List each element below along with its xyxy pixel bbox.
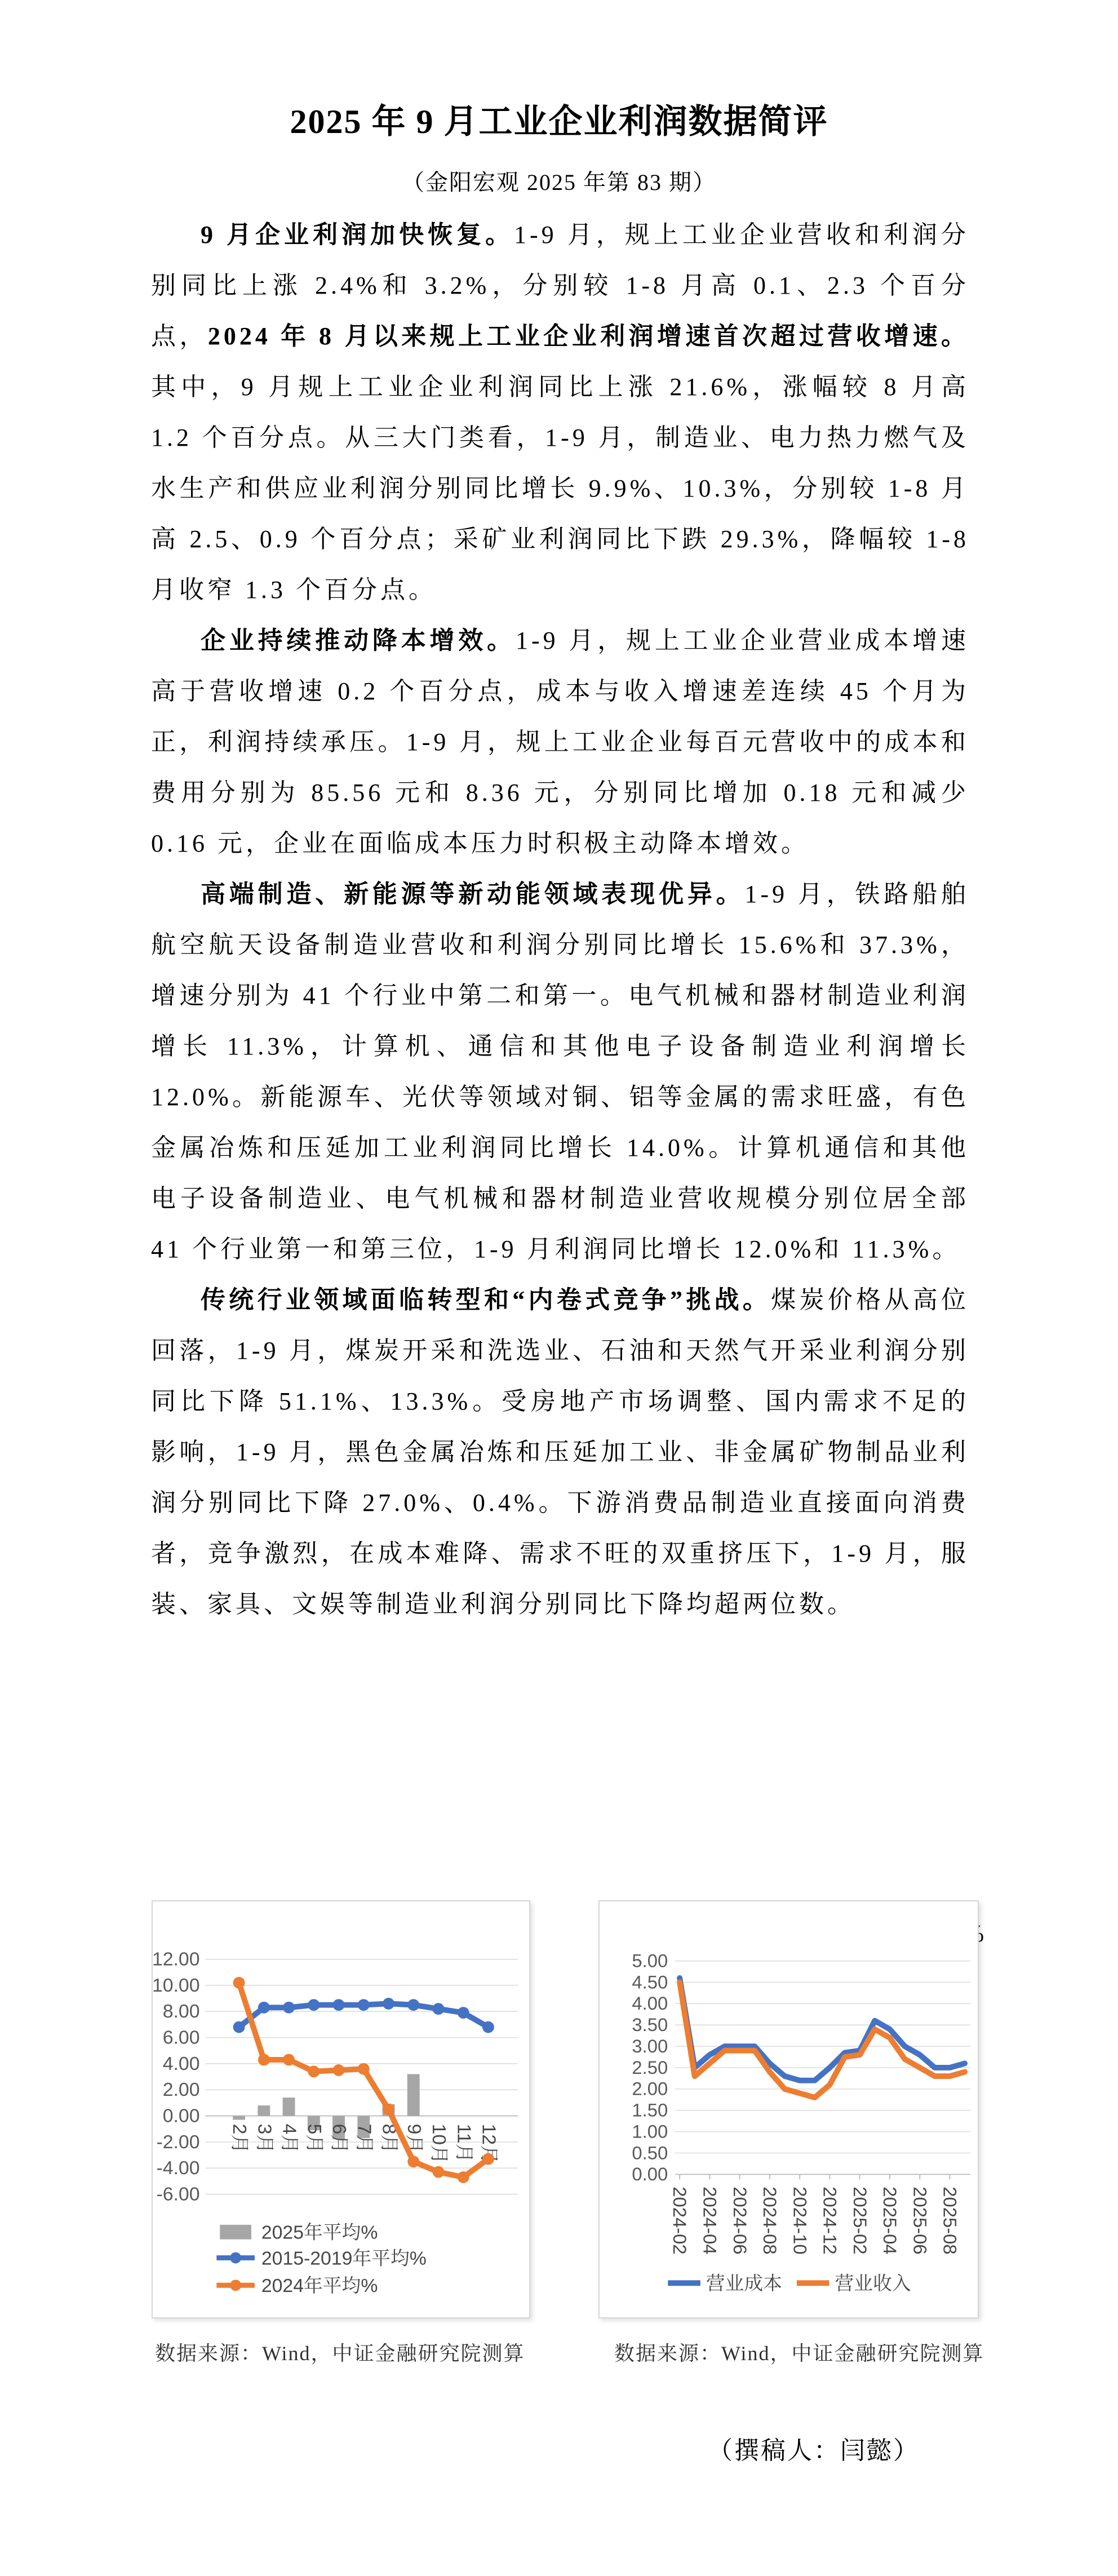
x-axis-tick-label: 2025-08: [940, 2187, 961, 2254]
data-point-marker: [258, 2002, 270, 2014]
legend-label: 2025年平均%: [261, 2222, 378, 2244]
x-axis-tick-label: 10月: [428, 2123, 450, 2163]
y-axis-tick-label: 4.00: [163, 2053, 200, 2074]
y-axis-tick-label: 5.00: [632, 1950, 668, 1971]
data-point-marker: [458, 2171, 469, 2183]
y-axis-tick-label: 12.00: [153, 1949, 200, 1970]
x-axis-tick-label: 2024-12: [820, 2187, 841, 2254]
body-paragraph: 传统行业领域面临转型和“内卷式竞争”挑战。煤炭价格从高位回落，1-9 月，煤炭开…: [151, 1275, 969, 1630]
text-segment: 企业持续推动降本增效。: [201, 627, 516, 654]
text-segment: 1-9 月，铁路船舶航空航天设备制造业营收和利润分别同比增长 15.6%和 37…: [151, 880, 969, 1263]
data-point-marker: [333, 1999, 345, 2011]
text-segment: 9 月企业利润加快恢复。: [201, 221, 514, 249]
y-axis-tick-label: 10.00: [153, 1975, 200, 1996]
y-axis-tick-label: 4.00: [632, 1993, 668, 2014]
data-point-marker: [383, 2104, 394, 2116]
y-axis-tick-label: 4.50: [632, 1971, 668, 1992]
data-point-marker: [407, 1999, 419, 2011]
data-point-marker: [233, 2021, 245, 2033]
legend-bar-swatch: [220, 2225, 251, 2240]
y-axis-tick-label: 1.50: [632, 2100, 668, 2121]
legend-label: 营业收入: [835, 2273, 911, 2294]
body-paragraph: 9 月企业利润加快恢复。1-9 月，规上工业企业营收和利润分别同比上涨 2.4%…: [151, 210, 969, 615]
text-segment: 1-9 月，规上工业企业营业成本增速高于营收增速 0.2 个百分点，成本与收入增…: [151, 627, 969, 857]
x-axis-tick-label: 2024-06: [730, 2187, 751, 2254]
data-point-marker: [433, 2166, 445, 2178]
x-axis-tick-label: 2024-04: [699, 2187, 720, 2254]
data-point-marker: [258, 2054, 270, 2065]
data-point-marker: [308, 1999, 320, 2011]
body-paragraph: 高端制造、新能源等新动能领域表现优异。1-9 月，铁路船舶航空航天设备制造业营收…: [151, 869, 969, 1275]
text-segment: 煤炭价格从高位回落，1-9 月，煤炭开采和洗选业、石油和天然气开采业利润分别同比…: [151, 1286, 969, 1618]
x-axis-tick-label: 7月: [353, 2123, 375, 2153]
x-axis-tick-label: 2024-08: [760, 2187, 780, 2254]
line-series: [680, 1982, 965, 2098]
x-axis-tick-label: 2025-02: [850, 2187, 871, 2254]
y-axis-tick-label: 2.50: [632, 2057, 668, 2078]
figure2-source: 数据来源：Wind，中证金融研究院测算: [614, 2338, 984, 2366]
y-axis-tick-label: 1.00: [632, 2121, 668, 2142]
text-segment: 高端制造、新能源等新动能领域表现优异。: [201, 880, 744, 908]
data-point-marker: [383, 1998, 394, 2010]
y-axis-tick-label: 0.50: [632, 2142, 668, 2163]
y-axis-tick-label: 6.00: [163, 2027, 200, 2048]
text-segment: 2024 年 8 月以来规上工业企业利润增速首次超过营收增速。: [208, 322, 969, 350]
y-axis-tick-label: -6.00: [157, 2183, 200, 2205]
y-axis-tick-label: 2.00: [632, 2078, 668, 2099]
document-page: 2025 年 9 月工业企业利润数据简评 （金阳宏观 2025 年第 83 期）…: [0, 0, 1118, 2576]
x-axis-tick-label: 6月: [329, 2123, 350, 2153]
x-axis-tick-label: 5月: [304, 2123, 325, 2153]
data-point-marker: [308, 2065, 320, 2077]
data-point-marker: [283, 2054, 295, 2065]
data-point-marker: [358, 1999, 370, 2011]
y-axis-tick-label: -4.00: [157, 2157, 200, 2179]
data-point-marker: [283, 2002, 295, 2014]
x-axis-tick-label: 2025-06: [910, 2187, 930, 2254]
y-axis-tick-label: 3.50: [632, 2014, 668, 2035]
y-axis-tick-label: 0.00: [632, 2163, 668, 2184]
x-axis-tick-label: 2024-10: [789, 2187, 810, 2254]
x-axis-tick-label: 11月: [453, 2123, 474, 2162]
data-point-marker: [433, 2003, 445, 2015]
data-point-marker: [233, 1977, 245, 1989]
y-axis-tick-label: -2.00: [157, 2131, 200, 2153]
text-segment: 其中，9 月规上工业企业利润同比上涨 21.6%，涨幅较 8 月高 1.2 个百…: [151, 373, 969, 604]
author-line: （撰稿人：闫懿）: [708, 2430, 920, 2466]
doc-title: 2025 年 9 月工业企业利润数据简评: [0, 95, 1118, 143]
doc-subtitle: （金阳宏观 2025 年第 83 期）: [0, 165, 1118, 197]
data-point-marker: [482, 2153, 494, 2165]
bar-2025-average: [258, 2105, 270, 2116]
text-segment: 传统行业领域面临转型和“内卷式竞争”挑战。: [201, 1286, 771, 1314]
bar-2025-average: [283, 2098, 295, 2116]
x-axis-tick-label: 2024-02: [669, 2187, 690, 2254]
y-axis-tick-label: 2.00: [163, 2079, 200, 2100]
x-axis-tick-label: 2月: [229, 2123, 250, 2153]
y-axis-tick-label: 8.00: [163, 2001, 200, 2022]
legend-label: 营业成本: [706, 2273, 782, 2294]
figure2-chart: 5.004.504.003.503.002.502.001.501.000.50…: [598, 1900, 979, 2318]
figure1-source: 数据来源：Wind，中证金融研究院测算: [155, 2338, 525, 2366]
bar-2025-average: [407, 2074, 420, 2116]
revenue-cost-chart: 5.004.504.003.503.002.502.001.501.000.50…: [600, 1901, 978, 2317]
x-axis-tick-label: 3月: [254, 2123, 275, 2153]
legend-marker-swatch: [230, 2252, 241, 2263]
line-series: [680, 1978, 965, 2081]
data-point-marker: [458, 2007, 469, 2019]
legend-label: 2015-2019年平均%: [261, 2247, 427, 2269]
data-point-marker: [407, 2156, 419, 2167]
x-axis-tick-label: 4月: [279, 2123, 300, 2153]
bar-2025-average: [233, 2116, 245, 2120]
legend-label: 2024年平均%: [261, 2275, 378, 2296]
y-axis-tick-label: 0.00: [163, 2105, 200, 2126]
body-paragraph: 企业持续推动降本增效。1-9 月，规上工业企业营业成本增速高于营收增速 0.2 …: [151, 615, 969, 869]
legend-marker-swatch: [230, 2280, 241, 2291]
data-point-marker: [333, 2064, 345, 2076]
data-point-marker: [482, 2021, 494, 2033]
data-point-marker: [358, 2063, 370, 2075]
y-axis-tick-label: 3.00: [632, 2036, 668, 2056]
x-axis-tick-label: 2025-04: [880, 2187, 900, 2254]
figure1-chart: 12.0010.008.006.004.002.000.00-2.00-4.00…: [152, 1900, 530, 2318]
body-text: 9 月企业利润加快恢复。1-9 月，规上工业企业营收和利润分别同比上涨 2.4%…: [151, 210, 969, 1630]
profit-growth-chart: 12.0010.008.006.004.002.000.00-2.00-4.00…: [153, 1901, 529, 2317]
